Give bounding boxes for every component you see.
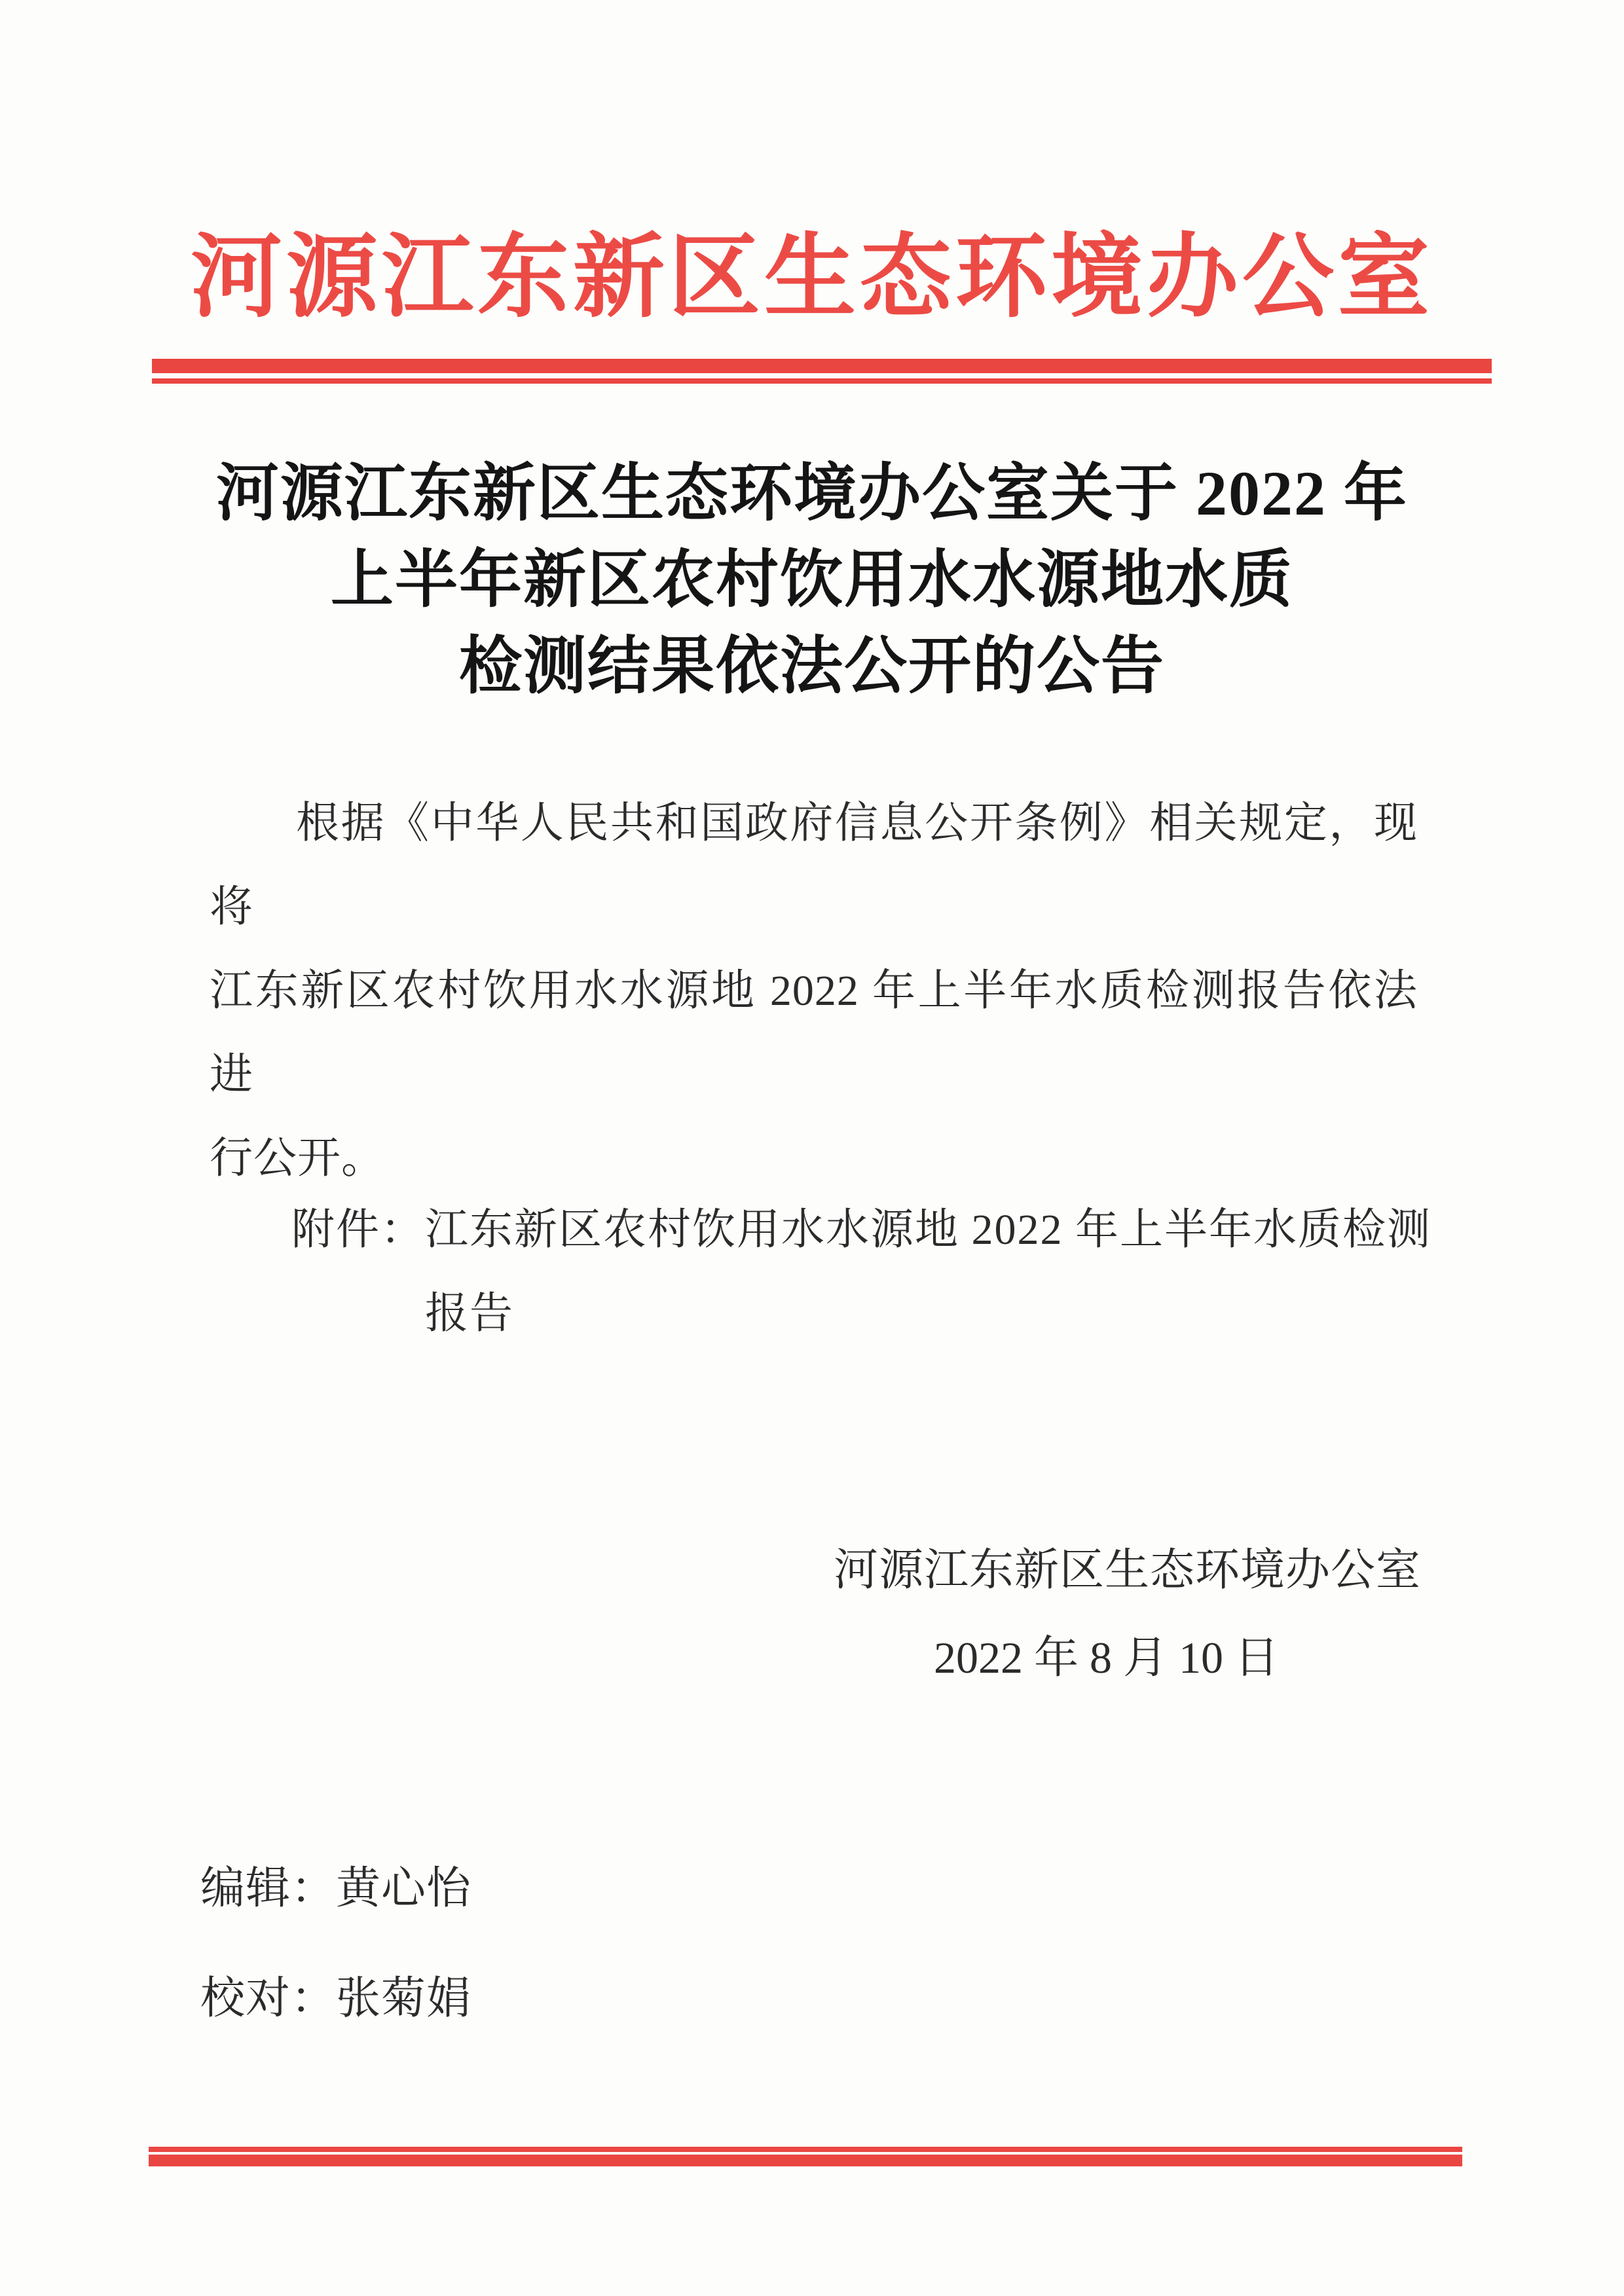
document-title-line3: 检测结果依法公开的公告 (0, 623, 1624, 710)
document-title-line1: 河源江东新区生态环境办公室关于 2022 年 (0, 450, 1624, 537)
signature-organization: 河源江东新区生态环境办公室 (834, 1535, 1421, 1598)
footer-rule-thin (149, 2147, 1462, 2152)
attachment-block: 附件：江东新区农村饮用水水源地 2022 年上半年水质检测 报告 (291, 1188, 1444, 1356)
credit-proofreader: 校对：张菊娟 (200, 1943, 471, 2053)
document-title-line2: 上半年新区农村饮用水水源地水质 (0, 537, 1624, 623)
document-title: 河源江东新区生态环境办公室关于 2022 年 上半年新区农村饮用水水源地水质 检… (0, 450, 1624, 710)
body-line1: 根据《中华人民共和国政府信息公开条例》相关规定，现将 (210, 782, 1418, 949)
attachment-line2: 报告 (425, 1272, 1444, 1356)
header-rule-thick (152, 359, 1492, 373)
credit-editor: 编辑：黄心怡 (200, 1833, 471, 1943)
header-rule-thin (152, 378, 1492, 384)
signature-date: 2022 年 8 月 10 日 (934, 1622, 1279, 1686)
body-paragraph: 根据《中华人民共和国政府信息公开条例》相关规定，现将 江东新区农村饮用水水源地 … (210, 782, 1418, 1201)
footer-rule-thick (149, 2155, 1462, 2166)
body-line2: 江东新区农村饮用水水源地 2022 年上半年水质检测报告依法进 (210, 949, 1418, 1117)
document-page: 河源江东新区生态环境办公室 河源江东新区生态环境办公室关于 2022 年 上半年… (0, 0, 1624, 2296)
attachment-line1: 附件：江东新区农村饮用水水源地 2022 年上半年水质检测 (291, 1188, 1444, 1272)
credits-block: 编辑：黄心怡 校对：张菊娟 (200, 1833, 471, 2053)
letterhead-office-name: 河源江东新区生态环境办公室 (0, 228, 1624, 329)
